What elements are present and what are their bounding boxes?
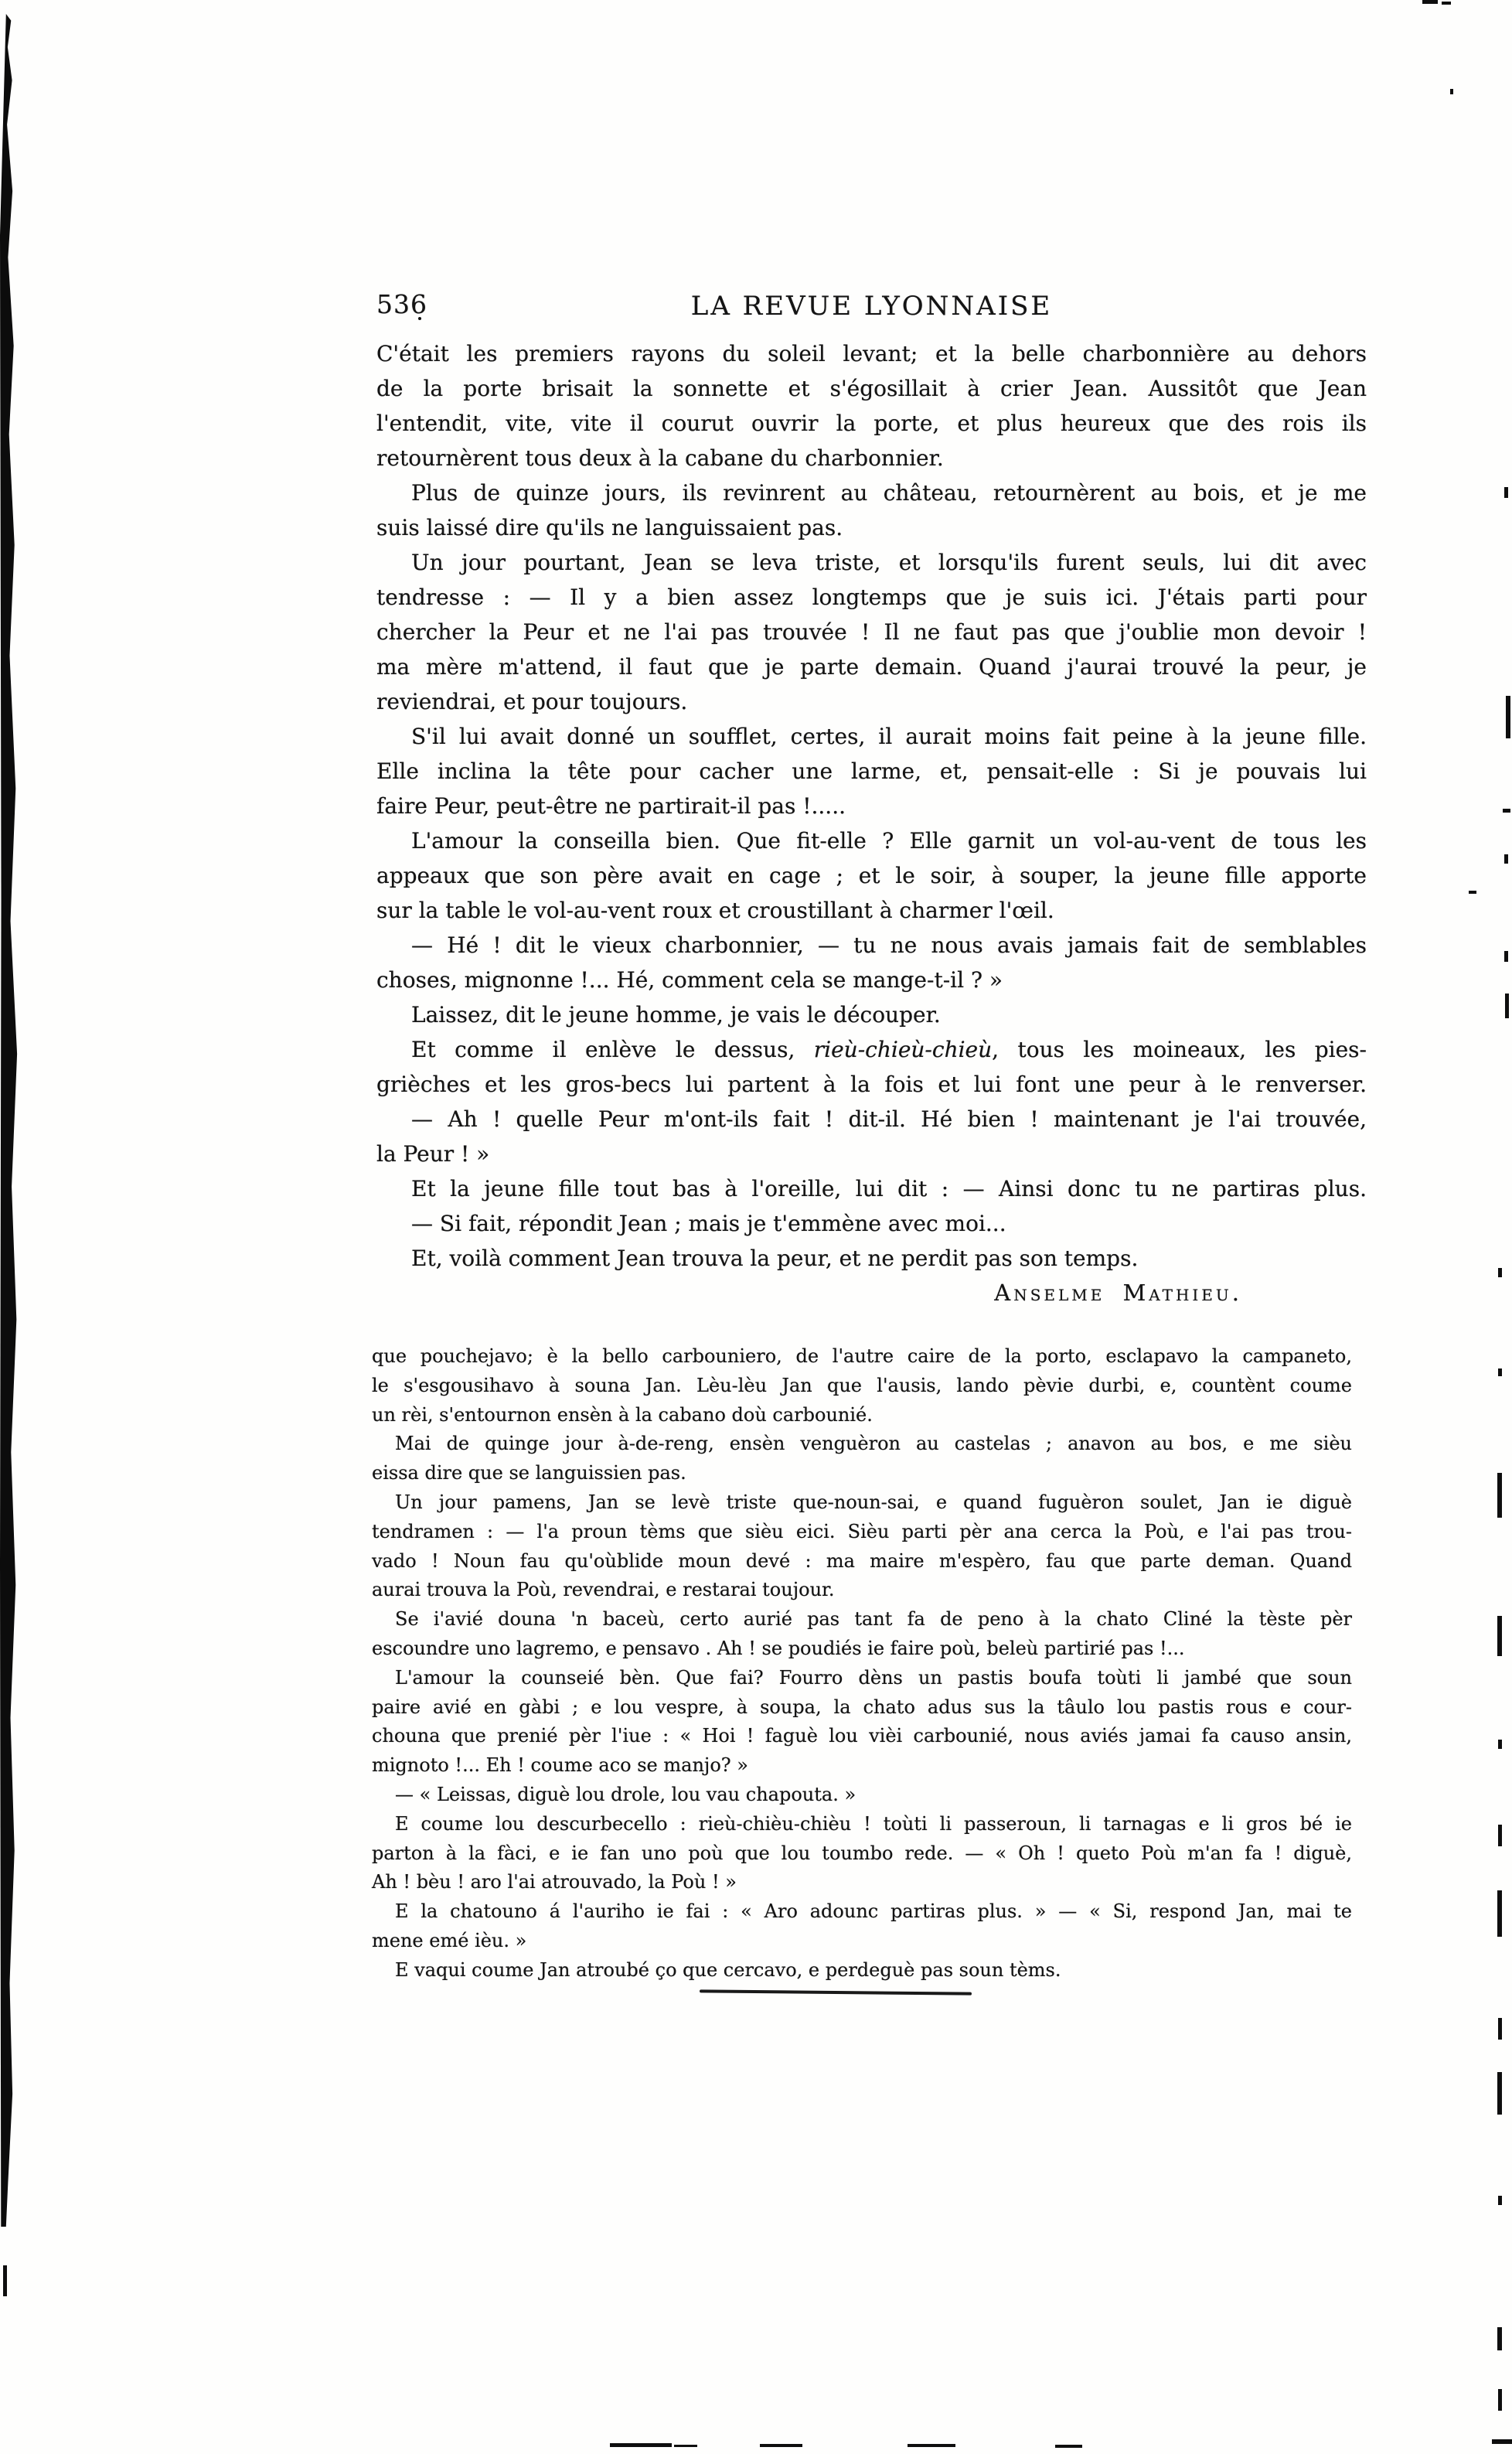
text-line: E la chatouno á l'auriho ie fai : « Aro … (372, 1897, 1352, 1927)
scan-artifact-bottom-edge (1492, 2439, 1512, 2444)
text-line: faire Peur, peut-être ne partirait-il pa… (376, 789, 1367, 823)
text-line: Plus de quinze jours, ils revinrent au c… (376, 475, 1367, 510)
text-line: Elle inclina la tête pour cacher une lar… (376, 754, 1367, 789)
text-line: — « Leissas, diguè lou drole, lou vau ch… (372, 1781, 1352, 1810)
text-line: de la porte brisait la sonnette et s'égo… (376, 371, 1367, 406)
footnote-text: que pouchejavo; è la bello carbouniero, … (372, 1342, 1352, 1985)
text-line: ma mère m'attend, il faut que je parte d… (376, 649, 1367, 684)
text-line: — Hé ! dit le vieux charbonnier, — tu ne… (376, 928, 1367, 963)
scan-artifact-right-edge (1505, 994, 1509, 1018)
scan-artifact-bottom-edge (908, 2444, 955, 2447)
scan-artifact-right-edge (1498, 1740, 1502, 1749)
text-line: chouna que prenié pèr l'iue : « Hoi ! fa… (372, 1722, 1352, 1751)
scan-artifact-right-edge (1498, 1268, 1502, 1277)
text-line: retournèrent tous deux à la cabane du ch… (376, 441, 1367, 475)
scan-artifact-right-edge (1504, 854, 1508, 864)
scan-artifact (3, 2265, 7, 2296)
scan-artifact-right-edge (1503, 809, 1510, 813)
end-rule (700, 1989, 972, 1995)
text-line: tendramen : — l'a proun tèms que sièu ei… (372, 1518, 1352, 1547)
scan-artifact-left-edge (0, 14, 20, 2227)
scan-artifact-bottom-edge (1055, 2445, 1082, 2448)
scan-artifact (1422, 0, 1438, 4)
text-line: un rèi, s'entournon ensèn à la cabano do… (372, 1401, 1352, 1430)
scan-artifact-right-edge (1497, 1473, 1502, 1518)
scan-artifact-right-edge (1497, 2072, 1502, 2115)
text-line: escoundre uno lagremo, e pensavo . Ah ! … (372, 1634, 1352, 1664)
text-line: Et la jeune fille tout bas à l'oreille, … (376, 1171, 1367, 1206)
text-line: — Si fait, répondit Jean ; mais je t'emm… (376, 1206, 1367, 1241)
text-line: Ah ! bèu ! aro l'ai atrouvado, la Poù ! … (372, 1868, 1352, 1897)
text-line: que pouchejavo; è la bello carbouniero, … (372, 1342, 1352, 1372)
author-signature: Anselme Mathieu. (376, 1280, 1242, 1314)
scan-artifact-bottom-edge (760, 2444, 802, 2447)
text-line: Laissez, dit le jeune homme, je vais le … (376, 997, 1367, 1032)
scan-artifact-right-edge (1497, 1616, 1502, 1656)
text-line: mene emé ièu. » (372, 1927, 1352, 1956)
text-line: l'entendit, vite, vite il courut ouvrir … (376, 406, 1367, 441)
text-line: L'amour la conseilla bien. Que fit-elle … (376, 823, 1367, 858)
text-line: aurai trouva la Poù, revendrai, e restar… (372, 1576, 1352, 1605)
text-line: sur la table le vol-au-vent roux et crou… (376, 893, 1367, 928)
scan-artifact-right-edge (1506, 696, 1510, 738)
text-line: chercher la Peur et ne l'ai pas trouvée … (376, 615, 1367, 649)
text-line: tendresse : — Il y a bien assez longtemp… (376, 580, 1367, 615)
text-line: parton à la fàci, e ie fan uno poù que l… (372, 1839, 1352, 1869)
text-line: Se i'avié douna 'n baceù, certo aurié pa… (372, 1605, 1352, 1634)
scan-artifact-right-edge (1504, 951, 1508, 962)
text-line: Et comme il enlève le dessus, rieù-chieù… (376, 1032, 1367, 1067)
scan-artifact (1450, 89, 1453, 94)
scan-artifact-right-edge (1498, 2389, 1502, 2411)
text-line: mignoto !... Eh ! coume aco se manjo? » (372, 1751, 1352, 1781)
text-line: eissa dire que se languissien pas. (372, 1459, 1352, 1488)
journal-title: LA REVUE LYONNAISE (376, 291, 1367, 322)
scan-artifact-right-edge (1469, 891, 1476, 894)
scan-artifact-right-edge (1497, 2327, 1502, 2350)
text-line: Et, voilà comment Jean trouva la peur, e… (376, 1241, 1367, 1276)
text-line: Un jour pourtant, Jean se leva triste, e… (376, 545, 1367, 580)
scanned-page: 536 LA REVUE LYONNAISE C'était les premi… (0, 0, 1512, 2454)
text-line: E coume lou descurbecello : rieù-chièu-c… (372, 1810, 1352, 1839)
text-line: Mai de quinge jour à-de-reng, ensèn veng… (372, 1430, 1352, 1459)
scan-artifact-right-edge (1498, 1368, 1502, 1376)
page-header: 536 LA REVUE LYONNAISE (376, 288, 1367, 320)
text-line: reviendrai, et pour toujours. (376, 684, 1367, 719)
scan-artifact-right-edge (1498, 2018, 1502, 2040)
text-line: E vaqui coume Jan atroubé ço que cercavo… (372, 1956, 1352, 1985)
text-line: — Ah ! quelle Peur m'ont-ils fait ! dit-… (376, 1102, 1367, 1137)
text-line: vado ! Noun fau qu'oùblide moun devé : m… (372, 1547, 1352, 1576)
text-line: S'il lui avait donné un soufflet, certes… (376, 719, 1367, 754)
scan-artifact-right-edge (1497, 1890, 1502, 1937)
scan-artifact-bottom-edge (610, 2443, 672, 2447)
text-line: le s'esgousihavo à souna Jan. Lèu-lèu Ja… (372, 1372, 1352, 1401)
text-line: Un jour pamens, Jan se levè triste que-n… (372, 1488, 1352, 1518)
scan-artifact (1442, 2, 1451, 5)
text-line: paire avié en gàbi ; e lou vespre, à sou… (372, 1693, 1352, 1723)
text-line: suis laissé dire qu'ils ne languissaient… (376, 510, 1367, 545)
scan-artifact-bottom-edge (674, 2445, 697, 2447)
scan-artifact-right-edge (1498, 2196, 1502, 2205)
scan-artifact-right-edge (1504, 487, 1508, 498)
text-line: choses, mignonne !... Hé, comment cela s… (376, 963, 1367, 997)
text-line: appeaux que son père avait en cage ; et … (376, 858, 1367, 893)
text-line: la Peur ! » (376, 1137, 1367, 1171)
scan-artifact-right-edge (1498, 1825, 1502, 1846)
text-line: L'amour la counseié bèn. Que fai? Fourro… (372, 1664, 1352, 1693)
text-line: C'était les premiers rayons du soleil le… (376, 336, 1367, 371)
story-text: C'était les premiers rayons du soleil le… (376, 336, 1367, 1276)
text-line: grièches et les gros-becs lui partent à … (376, 1067, 1367, 1102)
